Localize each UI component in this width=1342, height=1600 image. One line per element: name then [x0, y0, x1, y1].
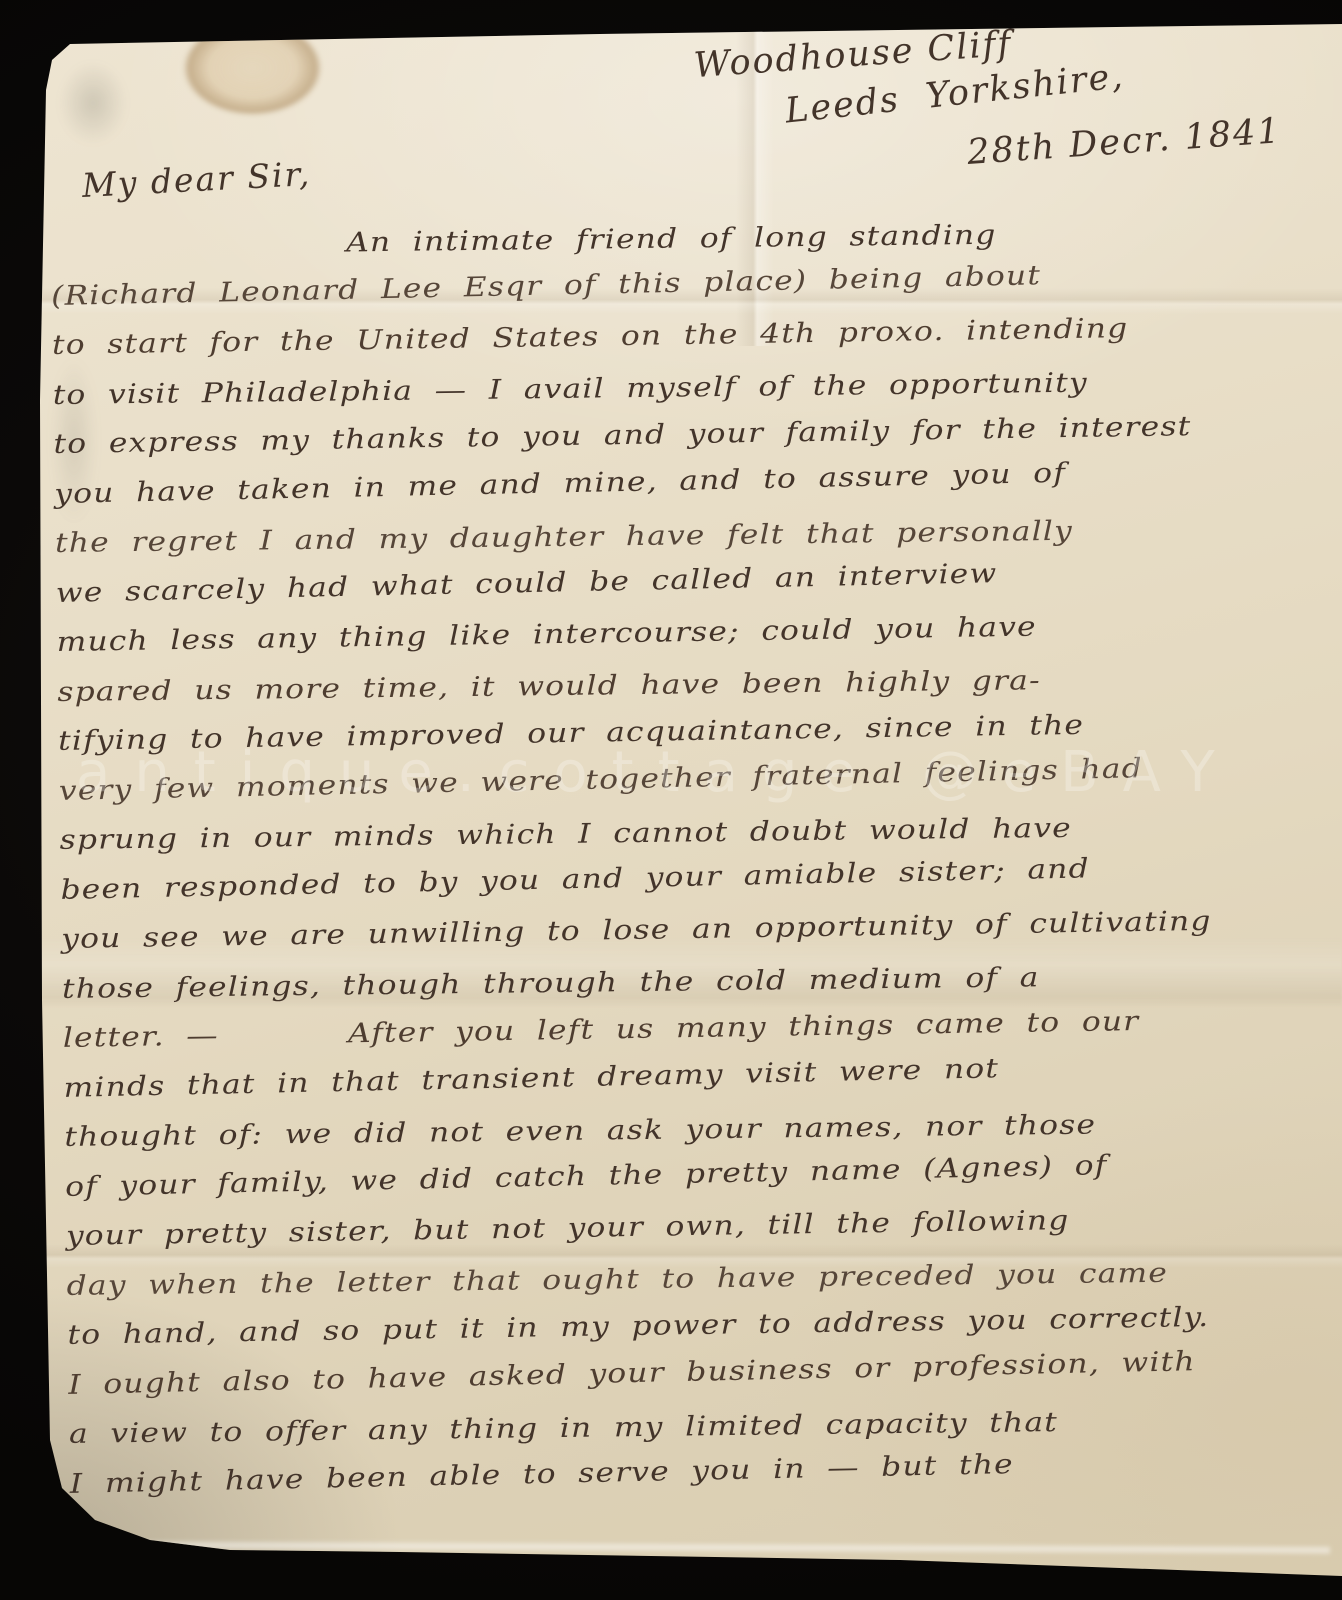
letter-heading: Woodhouse CliffLeeds Yorkshire,28th Decr… — [668, 44, 1283, 198]
seller-watermark: antique.cottage @eBAY — [76, 740, 1239, 805]
letter-salutation: My dear Sir, — [81, 154, 312, 205]
letter-body: An intimate friend of long standing(Rich… — [50, 203, 1305, 1509]
paper-smudge — [48, 48, 138, 158]
